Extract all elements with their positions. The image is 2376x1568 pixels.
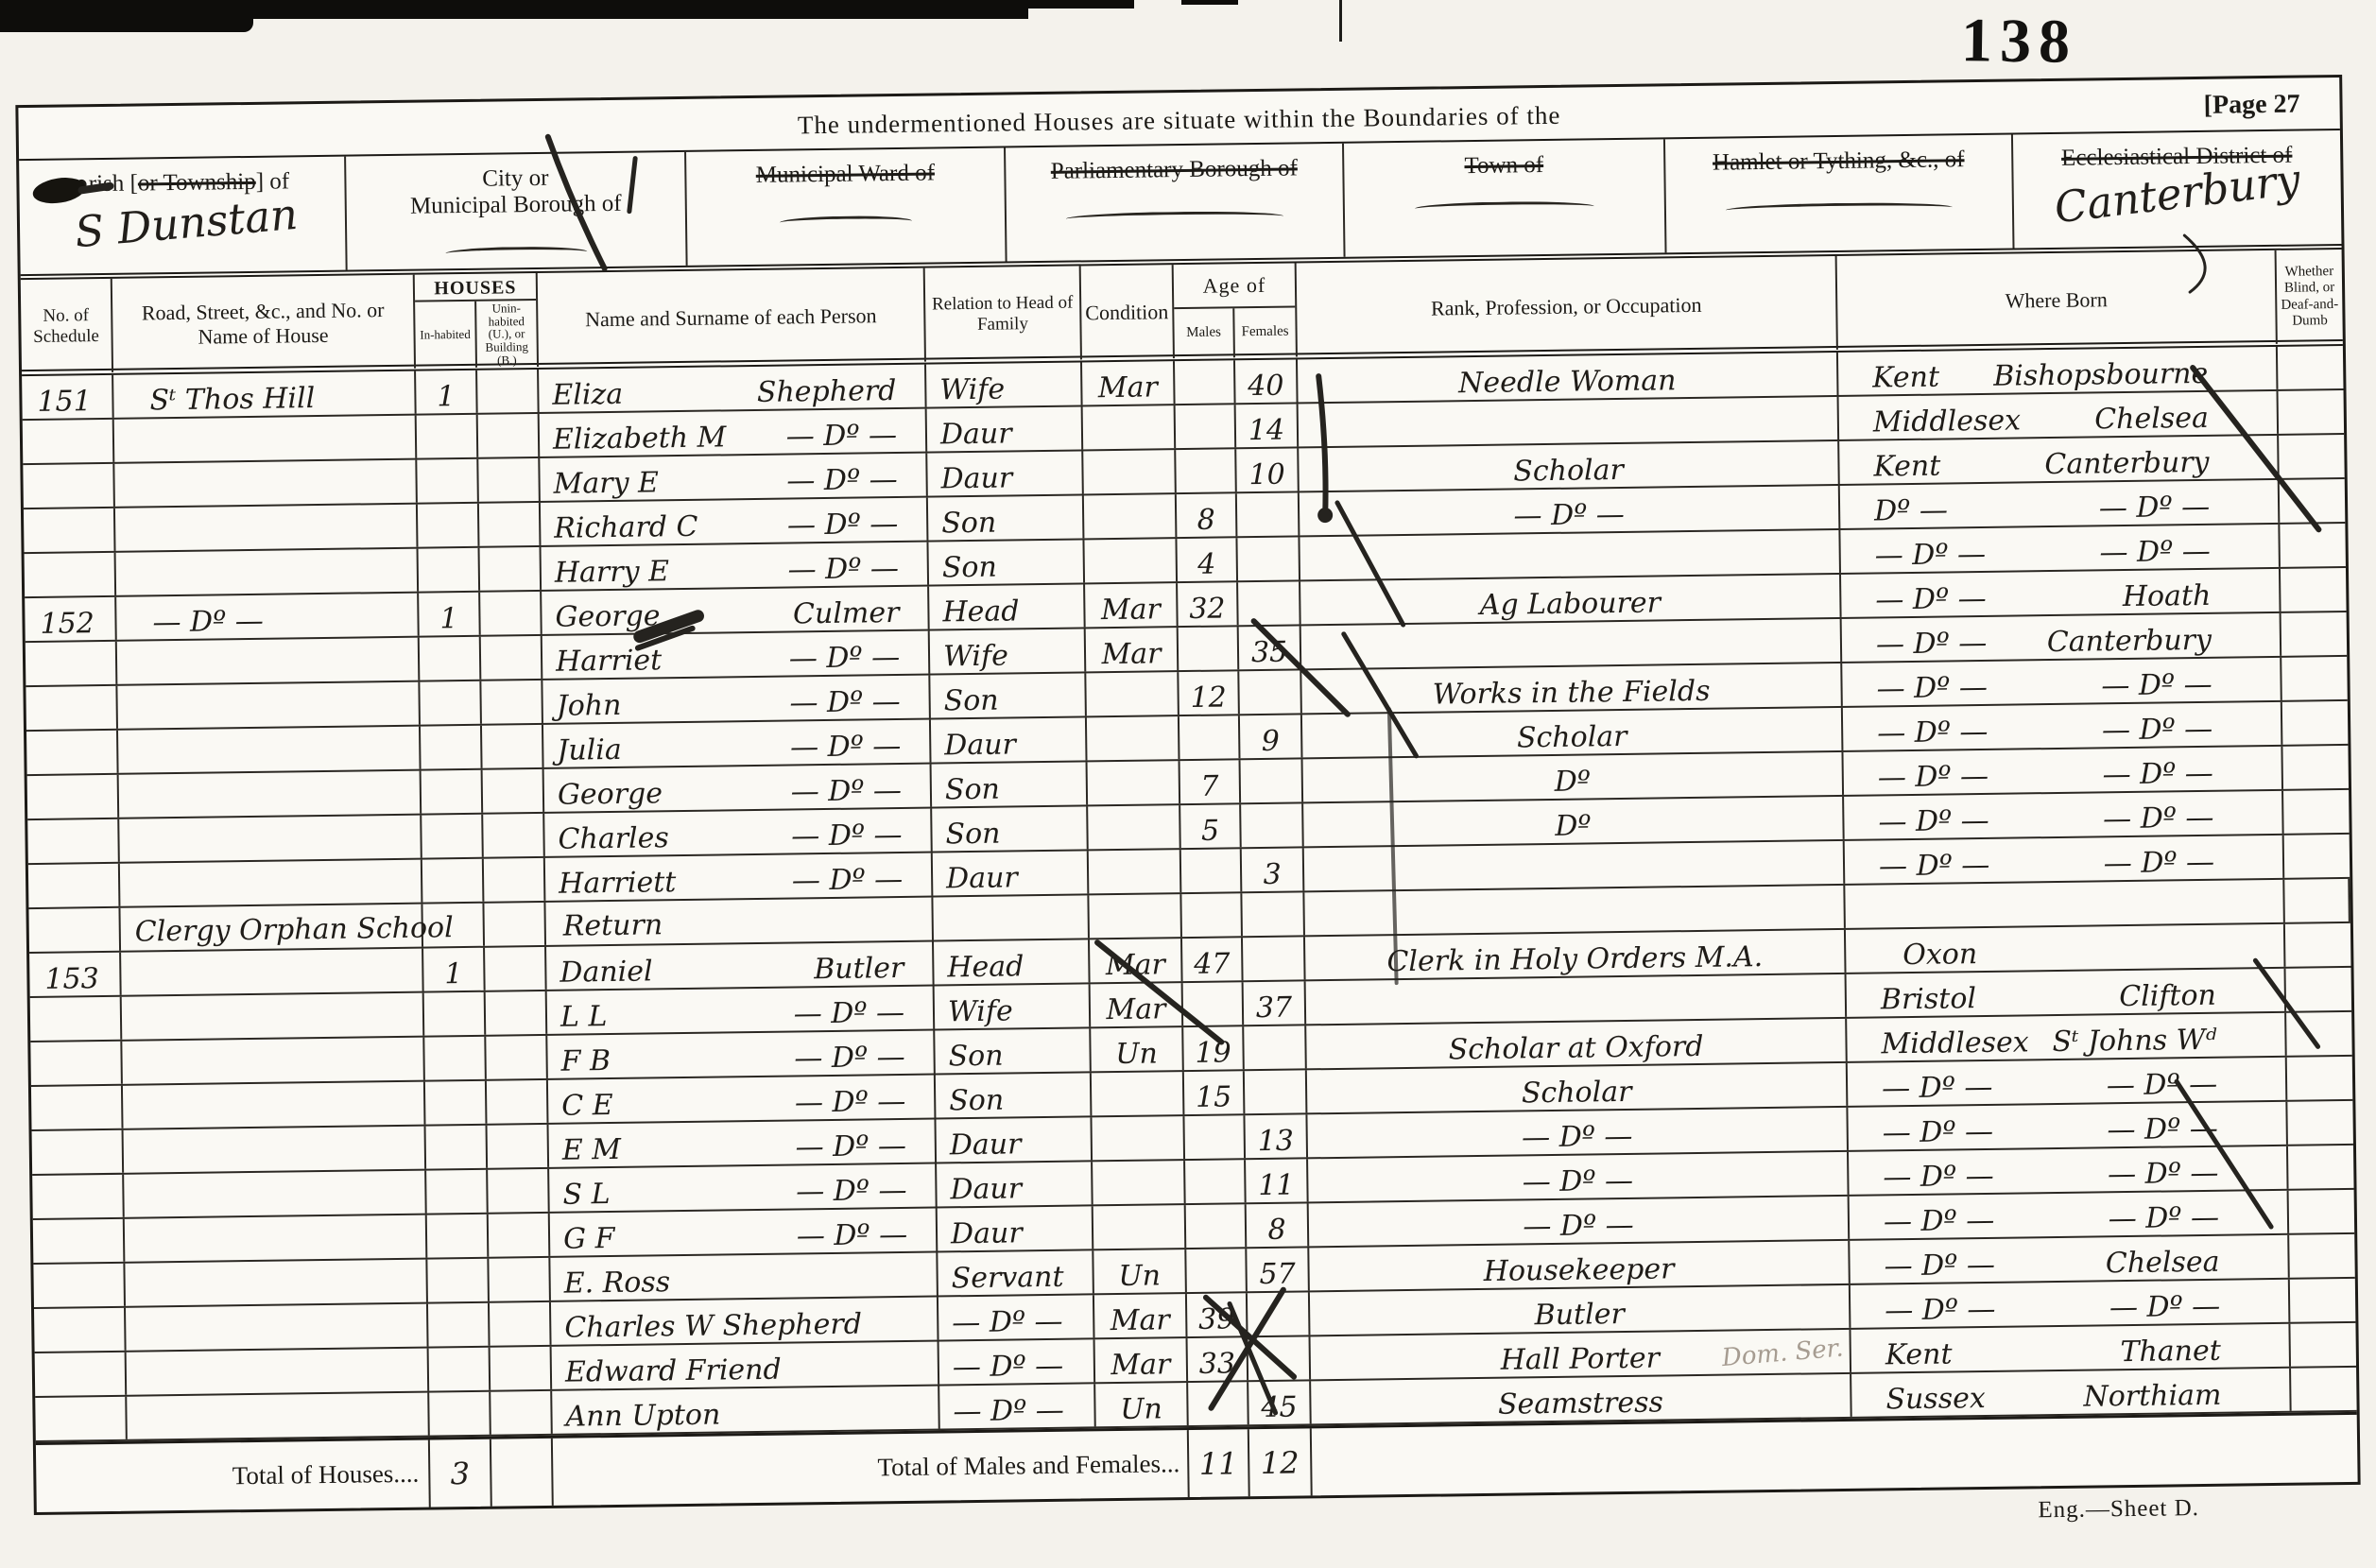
blind-deaf-cell: [2282, 701, 2349, 745]
birthplace-cell: KentBishopsbourne: [1838, 347, 2279, 395]
age-males-cell: [1183, 982, 1245, 1025]
col-header-inhabited: In-habited: [415, 302, 477, 369]
condition-cell: Mar: [1094, 1294, 1188, 1337]
uninhabited-cell: [483, 814, 545, 857]
blind-deaf-cell: [2286, 1012, 2352, 1056]
age-males-cell: [1176, 405, 1237, 448]
occupation-cell: Scholar: [1302, 708, 1844, 757]
scan-scratch-artifact: [1339, 0, 1342, 42]
empty-cell: [1181, 893, 1243, 937]
col-header-road: Road, Street, &c., and No. or Name of Ho…: [112, 275, 416, 372]
inhabited-cell: 1: [419, 593, 481, 636]
parish-field: ●rish [or Township] of S Dunstan: [19, 157, 348, 275]
inhabited-cell: [427, 1259, 490, 1302]
name-cell: Harry E— Dº —: [542, 543, 930, 590]
occupation-cell: Housekeeper: [1309, 1241, 1851, 1290]
street-cell: [122, 1038, 425, 1084]
age-males-cell: [1186, 1204, 1248, 1248]
name-cell: George— Dº —: [544, 765, 933, 812]
street-cell: [118, 727, 422, 773]
hamlet-tything-label: Hamlet or Tything, &c., of: [1665, 146, 2011, 178]
col-header-males: Males: [1174, 309, 1235, 359]
occupation-cell: Scholar: [1307, 1063, 1849, 1112]
birthplace-cell: KentCanterbury: [1839, 436, 2280, 484]
census-form: The undermentioned Houses are situate wi…: [15, 75, 2360, 1515]
uninhabited-cell: [488, 1169, 550, 1213]
relation-cell: — Dº —: [939, 1339, 1096, 1384]
sheet-designation-label: Eng.—Sheet D.: [2038, 1495, 2199, 1524]
birthplace-cell: — Dº —Canterbury: [1842, 613, 2282, 662]
street-cell: [124, 1127, 427, 1173]
inhabited-cell: 1: [423, 948, 486, 991]
birthplace-cell: — Dº —— Dº —: [1843, 747, 2283, 795]
name-cell: Charles— Dº —: [544, 809, 933, 856]
occupation-cell: Scholar: [1299, 441, 1840, 491]
name-cell: S L— Dº —: [549, 1164, 938, 1212]
relation-cell: Son: [932, 762, 1089, 806]
condition-cell: Un: [1093, 1249, 1187, 1293]
uninhabited-cell: [485, 947, 547, 991]
condition-cell: [1092, 1072, 1185, 1115]
inhabited-cell: [422, 859, 485, 903]
handwritten-dash: [1066, 211, 1283, 225]
condition-cell: [1086, 672, 1179, 715]
uninhabited-cell: [479, 503, 542, 546]
blind-deaf-cell: [2280, 479, 2346, 523]
uninhabited-cell: [480, 592, 542, 635]
age-females-cell: 11: [1246, 1159, 1309, 1202]
inhabited-cell: [417, 459, 479, 503]
street-cell: [119, 771, 422, 818]
age-females-cell: 45: [1248, 1381, 1312, 1424]
street-cell: [125, 1260, 428, 1306]
col-header-age-group: Age of Males Females: [1174, 263, 1298, 358]
inhabited-cell: [428, 1303, 491, 1347]
total-houses-value: 3: [430, 1439, 492, 1508]
birthplace-cell: — Dº —— Dº —: [1848, 1102, 2288, 1150]
schedule-number-cell: [33, 1264, 126, 1307]
schedule-number-cell: [24, 508, 116, 552]
inhabited-cell: [427, 1215, 490, 1258]
schedule-number-cell: [35, 1353, 128, 1396]
age-females-cell: [1248, 1336, 1312, 1380]
inhabited-cell: [429, 1348, 491, 1391]
schedule-number-cell: [25, 553, 117, 596]
uninhabited-cell: [491, 1391, 553, 1435]
uninhabited-cell: [488, 1125, 550, 1168]
condition-cell: [1083, 405, 1177, 449]
scan-edge-artifact: [0, 0, 253, 32]
age-males-cell: 39: [1187, 1293, 1248, 1336]
occupation-cell: — Dº —: [1307, 1108, 1849, 1157]
schedule-number-cell: [35, 1397, 128, 1440]
occupation-cell: Dº: [1303, 752, 1845, 801]
age-males-cell: 47: [1182, 938, 1244, 981]
relation-cell: Daur: [938, 1206, 1094, 1250]
folio-number-stamp: 138: [1960, 5, 2077, 78]
empty-cell: [1089, 894, 1182, 938]
uninhabited-cell: [489, 1258, 551, 1301]
age-females-cell: 37: [1244, 981, 1307, 1025]
blind-deaf-cell: [2285, 923, 2351, 967]
age-males-cell: [1184, 1115, 1246, 1159]
uninhabited-cell: [486, 1036, 548, 1079]
birthplace-cell: — Dº —— Dº —: [1843, 702, 2283, 750]
pencil-annotation: Dom. Ser.: [1721, 1335, 1845, 1373]
schedule-number-cell: [34, 1308, 127, 1352]
inhabited-cell: [420, 637, 482, 681]
relation-cell: Daur: [927, 406, 1084, 451]
age-males-cell: [1181, 849, 1243, 892]
street-cell: Sᵗ Thos Hill: [113, 371, 417, 418]
age-females-cell: 9: [1240, 715, 1303, 758]
uninhabited-cell: [489, 1214, 551, 1257]
relation-cell: — Dº —: [939, 1384, 1096, 1428]
schedule-number-cell: 151: [22, 375, 114, 419]
street-cell: [127, 1393, 430, 1439]
condition-cell: Mar: [1085, 583, 1179, 627]
condition-cell: Mar: [1091, 983, 1184, 1026]
occupation-cell: [1301, 619, 1843, 668]
blind-deaf-cell: [2281, 657, 2348, 700]
uninhabited-cell: [477, 370, 540, 413]
name-cell: Edward Friend: [552, 1341, 940, 1388]
section-label-text: Return: [563, 911, 663, 940]
city-borough-label: City orMunicipal Borough of: [346, 164, 685, 221]
age-males-cell: 8: [1177, 493, 1238, 537]
occupation-cell: Clerk in Holy Orders M.A.: [1305, 930, 1847, 979]
relation-cell: Son: [936, 1073, 1093, 1117]
age-females-cell: [1245, 1070, 1308, 1113]
empty-cell: [1845, 880, 2285, 928]
street-cell: [126, 1304, 429, 1351]
uninhabited-cell: [478, 414, 541, 457]
condition-cell: Un: [1091, 1027, 1184, 1071]
uninhabited-cell: [490, 1302, 552, 1346]
name-cell: F B— Dº —: [547, 1031, 936, 1078]
blind-deaf-cell: [2281, 568, 2347, 612]
street-cell: [122, 993, 425, 1040]
birthplace-cell: — Dº —— Dº —: [1848, 1058, 2288, 1106]
age-males-cell: [1186, 1249, 1248, 1292]
inhabited-cell: [426, 1126, 489, 1169]
age-females-cell: 8: [1247, 1203, 1310, 1247]
age-males-cell: 5: [1180, 804, 1242, 848]
name-cell: Harriet— Dº —: [542, 631, 931, 679]
street-cell: [123, 1082, 426, 1129]
age-females-cell: [1237, 492, 1300, 536]
birthplace-cell: — Dº —— Dº —: [1845, 836, 2285, 884]
uninhabited-cell: [483, 769, 545, 813]
name-cell: DanielButler: [546, 942, 935, 990]
name-cell: John— Dº —: [542, 676, 931, 723]
age-females-cell: [1238, 581, 1301, 625]
schedule-number-cell: [23, 464, 115, 508]
age-females-cell: [1243, 937, 1306, 980]
relation-cell: Daur: [927, 451, 1084, 495]
schedule-number-cell: [23, 420, 115, 463]
relation-cell: Daur: [937, 1162, 1093, 1206]
birthplace-cell: Oxon: [1846, 924, 2286, 973]
col-header-condition: Condition: [1081, 265, 1175, 359]
street-cell: [117, 682, 421, 729]
condition-cell: [1088, 761, 1181, 804]
occupation-cell: [1304, 841, 1846, 890]
age-females-cell: [1248, 1292, 1311, 1335]
scan-edge-artifact: [1181, 0, 1238, 5]
relation-cell: Head: [929, 584, 1086, 629]
page-number-label: [Page 27: [2203, 90, 2299, 121]
inhabited-cell: [429, 1392, 491, 1436]
age-females-cell: [1237, 537, 1300, 580]
name-cell: GeorgeCulmer: [542, 587, 930, 634]
city-borough-field: City orMunicipal Borough of: [346, 152, 688, 270]
name-cell: E. Ross: [550, 1253, 938, 1301]
empty-cell: [1304, 886, 1846, 935]
relation-cell: — Dº —: [938, 1295, 1095, 1339]
birthplace-cell: — Dº —Hoath: [1841, 569, 2281, 617]
name-cell: L L— Dº —: [547, 987, 936, 1034]
condition-cell: [1093, 1161, 1186, 1204]
age-females-cell: 57: [1247, 1248, 1310, 1291]
empty-cell: [1312, 1415, 2358, 1495]
blind-deaf-cell: [2284, 835, 2350, 878]
age-females-cell: 35: [1239, 626, 1302, 669]
uninhabited-cell: [480, 547, 542, 591]
age-females-cell: [1241, 759, 1304, 802]
age-males-cell: 32: [1178, 582, 1239, 626]
name-cell: Ann Upton: [552, 1386, 940, 1433]
blind-deaf-cell: [2288, 1146, 2354, 1189]
parliamentary-borough-label: Parliamentary Borough of: [1006, 155, 1342, 186]
name-cell: Charles W Shepherd: [551, 1298, 939, 1345]
uninhabited-cell: [491, 1347, 553, 1390]
uninhabited-cell: [487, 1080, 549, 1124]
name-cell: ElizaShepherd: [539, 365, 927, 412]
age-females-cell: 14: [1236, 404, 1300, 447]
inhabited-cell: [422, 815, 484, 858]
blind-deaf-cell: [2290, 1279, 2356, 1322]
relation-cell: Daur: [933, 851, 1090, 895]
street-cell: [114, 460, 418, 507]
uninhabited-cell: [486, 991, 548, 1035]
inhabited-cell: [426, 1170, 489, 1214]
age-females-cell: [1244, 1025, 1307, 1069]
inhabited-cell: [422, 770, 484, 814]
birthplace-cell: — Dº —— Dº —: [1849, 1146, 2289, 1195]
schedule-number-cell: [32, 1130, 125, 1174]
blind-deaf-cell: [2290, 1323, 2356, 1367]
section-label-text: Clergy Orphan School: [135, 914, 454, 946]
condition-cell: Un: [1095, 1383, 1189, 1426]
birthplace-cell: — Dº —— Dº —: [1842, 658, 2282, 706]
street-cell: [117, 638, 421, 684]
occupation-cell: — Dº —: [1300, 486, 1841, 535]
parliamentary-borough-field: Parliamentary Borough of: [1006, 144, 1346, 262]
relation-cell: Servant: [938, 1250, 1094, 1295]
name-cell: Harriett— Dº —: [545, 853, 934, 901]
occupation-cell: Dº: [1303, 797, 1845, 846]
blind-deaf-cell: [2286, 968, 2352, 1011]
street-cell: [127, 1349, 430, 1395]
schedule-number-cell: [26, 731, 119, 774]
age-males-cell: [1179, 715, 1241, 759]
inhabited-cell: [425, 1081, 488, 1125]
schedule-number-cell: [33, 1219, 126, 1263]
age-females-cell: 10: [1236, 448, 1300, 491]
total-females-value: 12: [1249, 1428, 1313, 1496]
col-header-name: Name and Surname of each Person: [538, 268, 926, 368]
occupation-cell: Seamstress: [1311, 1374, 1852, 1423]
blind-deaf-cell: [2289, 1190, 2355, 1233]
inhabited-cell: [417, 415, 479, 458]
age-females-cell: 13: [1245, 1114, 1308, 1158]
street-cell: [121, 949, 424, 995]
uninhabited-cell: [484, 858, 546, 902]
birthplace-cell: — Dº —— Dº —: [1850, 1191, 2290, 1239]
condition-cell: [1092, 1116, 1185, 1160]
age-males-cell: 15: [1184, 1071, 1246, 1114]
name-cell: C E— Dº —: [548, 1076, 937, 1123]
occupation-cell: Hall PorterDom. Ser.: [1311, 1330, 1852, 1379]
col-header-uninhabited: Unin-habited (U.), or Building (B.): [476, 301, 537, 368]
age-males-cell: 33: [1188, 1337, 1249, 1381]
birthplace-cell: — Dº —— Dº —: [1844, 791, 2284, 839]
condition-cell: Mar: [1095, 1338, 1189, 1382]
relation-cell: Daur: [931, 717, 1088, 762]
hamlet-tything-field: Hamlet or Tything, &c., of: [1665, 135, 2015, 253]
blind-deaf-cell: [2291, 1368, 2357, 1411]
handwritten-dash: [445, 246, 587, 259]
birthplace-cell: — Dº —— Dº —: [1840, 525, 2281, 573]
blind-deaf-cell: [2280, 524, 2346, 567]
inhabited-cell: [418, 504, 480, 547]
scanned-census-page: { "page": { "stamp": "138", "page_label"…: [0, 0, 2376, 1568]
relation-cell: Son: [935, 1028, 1092, 1073]
relation-cell: Head: [934, 939, 1091, 984]
total-persons-label: Total of Males and Females...: [553, 1430, 1190, 1506]
age-females-cell: [1239, 670, 1302, 714]
name-cell: E M— Dº —: [549, 1120, 938, 1167]
col-header-houses: HOUSES: [415, 273, 536, 301]
blind-deaf-cell: [2279, 435, 2345, 478]
name-cell: Elizabeth M— Dº —: [540, 409, 928, 457]
schedule-number-cell: [26, 686, 118, 730]
scan-edge-artifact: [1028, 0, 1134, 9]
relation-cell: Wife: [930, 629, 1087, 673]
schedule-number-cell: [28, 864, 121, 907]
uninhabited-cell: [481, 636, 543, 680]
birthplace-cell: KentThanet: [1851, 1324, 2291, 1372]
age-males-cell: [1188, 1382, 1249, 1425]
age-males-cell: 12: [1179, 671, 1240, 715]
uninhabited-cell: [482, 725, 544, 768]
relation-cell: Son: [928, 540, 1085, 584]
schedule-number-cell: [30, 997, 123, 1041]
condition-cell: [1087, 716, 1180, 760]
inhabited-cell: [424, 992, 487, 1036]
schedule-number-cell: [27, 819, 120, 863]
total-males-value: 11: [1189, 1429, 1250, 1497]
relation-cell: Daur: [936, 1117, 1093, 1162]
street-cell: [119, 816, 422, 862]
relation-cell: Son: [928, 495, 1085, 540]
occupation-cell: Butler: [1310, 1285, 1851, 1335]
condition-cell: [1084, 494, 1178, 538]
empty-cell: [1242, 892, 1305, 936]
occupation-cell: [1299, 397, 1840, 446]
street-cell: — Dº —: [116, 594, 420, 640]
age-females-cell: [1241, 803, 1304, 847]
relation-cell: Son: [930, 673, 1087, 717]
name-cell: G F— Dº —: [550, 1209, 938, 1256]
age-males-cell: 7: [1180, 760, 1242, 803]
town-field: Town of: [1344, 139, 1667, 256]
col-header-relation: Relation to Head of Family: [925, 266, 1082, 361]
birthplace-cell: — Dº —Chelsea: [1850, 1235, 2290, 1284]
name-cell: Richard C— Dº —: [541, 498, 929, 545]
birthplace-cell: — Dº —— Dº —: [1851, 1280, 2291, 1328]
blind-deaf-cell: [2283, 790, 2350, 834]
occupation-cell: [1300, 530, 1841, 579]
schedule-number-cell: [27, 775, 120, 818]
empty-cell: [491, 1439, 554, 1507]
name-cell: Mary E— Dº —: [540, 454, 928, 501]
uninhabited-cell: [481, 681, 543, 724]
occupation-cell: Needle Woman: [1298, 353, 1839, 402]
municipal-ward-label: Municipal Ward of: [686, 159, 1004, 189]
street-cell: [115, 505, 419, 551]
age-females-cell: 3: [1242, 848, 1305, 891]
empty-cell: [2284, 879, 2350, 922]
col-header-schedule: No. of Schedule: [21, 279, 113, 373]
blind-deaf-cell: [2281, 612, 2348, 656]
blind-deaf-cell: [2287, 1057, 2353, 1100]
age-males-cell: [1179, 627, 1240, 670]
inhabited-cell: [421, 726, 483, 769]
age-males-cell: 19: [1183, 1026, 1245, 1070]
condition-cell: [1088, 805, 1181, 849]
col-header-born: Where Born: [1837, 250, 2278, 350]
empty-cell: [28, 908, 121, 952]
birthplace-cell: BristolClifton: [1847, 969, 2287, 1017]
uninhabited-cell: [478, 458, 541, 502]
inhabited-cell: [419, 548, 481, 592]
col-header-females: Females: [1234, 308, 1296, 358]
name-cell: Julia— Dº —: [543, 720, 932, 767]
blind-deaf-cell: [2278, 346, 2344, 389]
relation-cell: Wife: [926, 362, 1083, 406]
condition-cell: [1083, 450, 1177, 493]
schedule-number-cell: [26, 642, 118, 685]
col-header-blind: Whether Blind, or Deaf-and-Dumb: [2277, 250, 2343, 344]
street-cell: [124, 1171, 427, 1217]
schedule-number-cell: [30, 1042, 123, 1085]
condition-cell: [1089, 850, 1182, 893]
condition-cell: Mar: [1086, 628, 1179, 671]
handwritten-dash: [1415, 200, 1594, 214]
street-cell: [125, 1215, 428, 1262]
condition-cell: [1084, 539, 1178, 582]
occupation-cell: Ag Labourer: [1300, 575, 1842, 624]
schedule-number-cell: 153: [29, 953, 122, 996]
relation-cell: Son: [932, 806, 1089, 851]
birthplace-cell: MiddlesexChelsea: [1839, 391, 2280, 439]
schedule-number-cell: [31, 1086, 124, 1129]
handwritten-dash: [780, 215, 912, 229]
inhabited-cell: [424, 1037, 487, 1080]
occupation-cell: Works in the Fields: [1301, 663, 1843, 713]
